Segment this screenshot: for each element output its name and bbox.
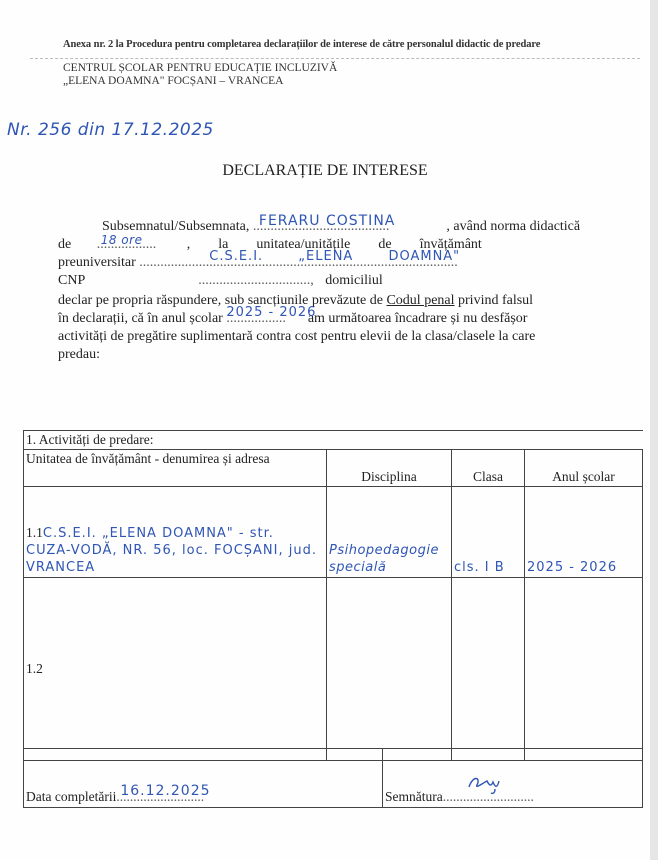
norm-hours: 18 ore: [101, 231, 143, 249]
header-divider: [30, 58, 640, 59]
cnp-label: CNP: [58, 273, 85, 288]
preuniversitar-label: preuniversitar: [58, 255, 136, 270]
annex-header: Anexa nr. 2 la Procedura pentru completa…: [63, 39, 540, 50]
domiciliu-label: domiciliul: [325, 273, 383, 288]
col-year-header: Anul școlar: [525, 450, 643, 487]
de-label: de: [58, 237, 71, 252]
row-number-cell: 1.2: [24, 578, 327, 761]
signature-icon: [465, 773, 505, 795]
activitati-text: activități de pregătire suplimentară con…: [58, 328, 535, 346]
signature-table: Data completării .......................…: [23, 748, 643, 808]
row-discipline-value: Psihopedagogie specială: [327, 487, 452, 578]
col-unit-header: Unitatea de învățământ - denumirea și ad…: [24, 450, 327, 487]
col-discipline-header: Disciplina: [327, 450, 452, 487]
unit-name: C.S.E.I. „ELENA DOAMNA": [209, 248, 460, 266]
document-page: Anexa nr. 2 la Procedura pentru completa…: [0, 0, 650, 860]
declarant-name: FERARU COSTINA: [259, 212, 395, 230]
row-year-value: 2025 - 2026: [525, 487, 643, 578]
signature-label: Semnătura: [385, 789, 443, 804]
date-value: 16.12.2025: [120, 783, 210, 799]
row-unit-cell: 1.1C.S.E.I. „ELENA DOAMNA" - str. CUZA-V…: [24, 487, 327, 578]
row-number: 1.2: [26, 661, 43, 676]
school-line-1: CENTRUL ȘCOLAR PENTRU EDUCAȚIE INCLUZIVĂ: [63, 62, 337, 75]
table-row: 1.1C.S.E.I. „ELENA DOAMNA" - str. CUZA-V…: [24, 487, 643, 578]
row-discipline-value: [327, 578, 452, 761]
an-scolar-label: în declarații, că în anul școlar: [58, 311, 223, 326]
date-label: Data completării: [26, 789, 116, 804]
col-class-header: Clasa: [452, 450, 525, 487]
row-unit-value: C.S.E.I. „ELENA DOAMNA" - str. CUZA-VODĂ…: [26, 526, 317, 575]
incadrare-text: am următoarea încadrare și nu desfășor: [304, 311, 527, 326]
table-row: 1.2: [24, 578, 643, 761]
norma-label: , având norma didactică: [446, 219, 580, 234]
school-name: CENTRUL ȘCOLAR PENTRU EDUCAȚIE INCLUZIVĂ…: [63, 62, 337, 88]
falsul-text: privind falsul: [455, 293, 534, 308]
scrollbar-track[interactable]: [650, 0, 658, 860]
table-header-row: Unitatea de învățământ - denumirea și ad…: [24, 450, 643, 487]
page-title: DECLARAȚIE DE INTERESE: [0, 162, 650, 180]
row-class-value: cls. I B: [452, 487, 525, 578]
date-cell: Data completării .......................…: [24, 749, 383, 808]
row-number: 1.1: [26, 525, 43, 540]
school-year-value: 2025 - 2026: [226, 304, 316, 322]
declar-text: declar pe propria răspundere, sub sancți…: [58, 293, 386, 308]
signature-cell: Semnătura ...........................: [383, 749, 643, 808]
registration-number: Nr. 256 din 17.12.2025: [7, 120, 214, 140]
section-heading: 1. Activități de predare:: [24, 431, 643, 450]
predau-text: predau:: [58, 346, 100, 364]
school-line-2: „ELENA DOAMNA" FOCȘANI – VRANCEA: [63, 75, 337, 88]
activities-table: 1. Activități de predare: Unitatea de în…: [23, 430, 643, 761]
row-class-value: [452, 578, 525, 761]
codul-penal-link[interactable]: Codul penal: [386, 293, 454, 308]
row-year-value: [525, 578, 643, 761]
